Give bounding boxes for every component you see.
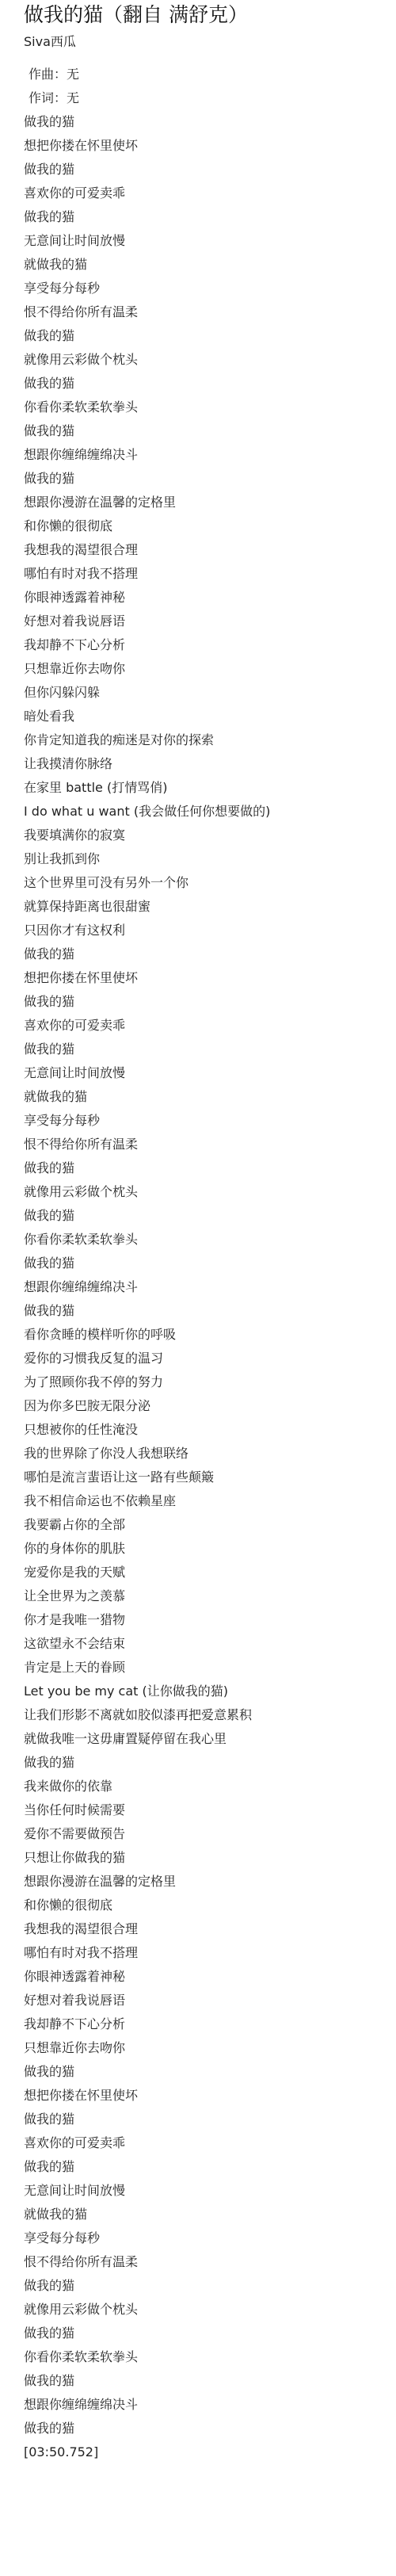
lyric-line: 做我的猫 bbox=[24, 1252, 396, 1275]
lyric-line: 做我的猫 bbox=[24, 1156, 396, 1180]
lyric-line: 这欲望永不会结束 bbox=[24, 1632, 396, 1656]
song-title: 做我的猫（翻自 满舒克） bbox=[24, 2, 396, 29]
lyric-line: 做我的猫 bbox=[24, 1038, 396, 1061]
lyric-line: 我要填满你的寂寞 bbox=[24, 824, 396, 847]
lyric-line: 你才是我唯一猎物 bbox=[24, 1608, 396, 1632]
lyric-line: 我要霸占你的全部 bbox=[24, 1513, 396, 1537]
lyric-line: 你眼神透露着神秘 bbox=[24, 586, 396, 610]
lyrics-page: 做我的猫（翻自 满舒克） Siva西瓜 作曲：无 作词：无做我的猫想把你搂在怀里… bbox=[0, 2, 396, 2464]
lyric-line: 做我的猫 bbox=[24, 419, 396, 443]
lyric-line: 就做我的猫 bbox=[24, 253, 396, 277]
lyric-line: 我不相信命运也不依赖星座 bbox=[24, 1489, 396, 1513]
lyric-line: 做我的猫 bbox=[24, 2417, 396, 2440]
lyric-line: 做我的猫 bbox=[24, 2060, 396, 2084]
lyric-line: 只想靠近你去吻你 bbox=[24, 2036, 396, 2060]
lyric-line: 我来做你的依靠 bbox=[24, 1775, 396, 1798]
lyric-line: 就做我唯一这毋庸置疑停留在我心里 bbox=[24, 1727, 396, 1751]
lyricist-credit: 作词：无 bbox=[24, 86, 396, 110]
lyric-line: 当你任何时候需要 bbox=[24, 1798, 396, 1822]
lyric-line: 想跟你漫游在温馨的定格里 bbox=[24, 491, 396, 514]
timestamp: [03:50.752] bbox=[24, 2440, 396, 2464]
lyric-line: 做我的猫 bbox=[24, 942, 396, 966]
lyric-line: 暗处看我 bbox=[24, 705, 396, 728]
lyric-line: 做我的猫 bbox=[24, 205, 396, 229]
lyric-line: 你看你柔软柔软拳头 bbox=[24, 1228, 396, 1252]
lyric-line: 做我的猫 bbox=[24, 324, 396, 348]
lyric-line: 就做我的猫 bbox=[24, 1085, 396, 1109]
lyric-line: 和你懒的很彻底 bbox=[24, 514, 396, 538]
lyric-line: 宠爱你是我的天赋 bbox=[24, 1561, 396, 1584]
lyric-line: 想跟你缠绵缠绵决斗 bbox=[24, 1275, 396, 1299]
lyric-line: 只想让你做我的猫 bbox=[24, 1846, 396, 1870]
lyric-line: 就算保持距离也很甜蜜 bbox=[24, 895, 396, 919]
lyric-line: 做我的猫 bbox=[24, 1751, 396, 1775]
lyric-line: 好想对着我说唇语 bbox=[24, 1989, 396, 2012]
lyric-line: 我却静不下心分析 bbox=[24, 633, 396, 657]
lyric-line: 让全世界为之羡慕 bbox=[24, 1584, 396, 1608]
lyric-line: 就做我的猫 bbox=[24, 2203, 396, 2226]
lyric-line: 让我摸清你脉络 bbox=[24, 752, 396, 776]
lyric-line: Let you be my cat (让你做我的猫) bbox=[24, 1680, 396, 1703]
lyric-line: 无意间让时间放慢 bbox=[24, 1061, 396, 1085]
lyric-line: 享受每分每秒 bbox=[24, 1109, 396, 1133]
lyric-line: 爱你的习惯我反复的温习 bbox=[24, 1347, 396, 1370]
lyric-line: 无意间让时间放慢 bbox=[24, 229, 396, 253]
lyric-line: 但你闪躲闪躲 bbox=[24, 681, 396, 705]
lyric-line: 做我的猫 bbox=[24, 1299, 396, 1323]
lyric-line: 做我的猫 bbox=[24, 2108, 396, 2131]
lyric-line: 想跟你漫游在温馨的定格里 bbox=[24, 1870, 396, 1894]
lyric-line: 让我们形影不离就如胶似漆再把爱意累积 bbox=[24, 1703, 396, 1727]
lyric-line: 我的世界除了你没人我想联络 bbox=[24, 1442, 396, 1466]
lyric-line: 就像用云彩做个枕头 bbox=[24, 1180, 396, 1204]
lyric-line: 看你贪睡的模样听你的呼吸 bbox=[24, 1323, 396, 1347]
lyric-line: 肯定是上天的眷顾 bbox=[24, 1656, 396, 1680]
lyric-line: 做我的猫 bbox=[24, 2155, 396, 2179]
lyric-line: 你肯定知道我的痴迷是对你的探索 bbox=[24, 728, 396, 752]
lyric-line: 只想被你的任性淹没 bbox=[24, 1418, 396, 1442]
lyric-line: 这个世界里可没有另外一个你 bbox=[24, 871, 396, 895]
lyric-line: 在家里 battle (打情骂俏) bbox=[24, 776, 396, 800]
lyric-line: 我想我的渴望很合理 bbox=[24, 1917, 396, 1941]
lyric-line: 喜欢你的可爱卖乖 bbox=[24, 2131, 396, 2155]
lyric-line: 想把你搂在怀里使坏 bbox=[24, 2084, 396, 2108]
lyric-line: 我想我的渴望很合理 bbox=[24, 538, 396, 562]
lyric-line: 就像用云彩做个枕头 bbox=[24, 348, 396, 372]
lyric-line: I do what u want (我会做任何你想要做的) bbox=[24, 800, 396, 824]
lyric-line: 哪怕是流言蜚语让这一路有些颠簸 bbox=[24, 1466, 396, 1489]
lyric-line: 享受每分每秒 bbox=[24, 2226, 396, 2250]
lyric-line: 哪怕有时对我不搭理 bbox=[24, 1941, 396, 1965]
lyric-line: 只想靠近你去吻你 bbox=[24, 657, 396, 681]
lyric-line: 你的身体你的肌肤 bbox=[24, 1537, 396, 1561]
lyric-line: 做我的猫 bbox=[24, 110, 396, 134]
lyric-line: 想把你搂在怀里使坏 bbox=[24, 134, 396, 158]
lyric-line: 做我的猫 bbox=[24, 2274, 396, 2298]
lyric-line: 享受每分每秒 bbox=[24, 277, 396, 300]
lyric-line: 恨不得给你所有温柔 bbox=[24, 1133, 396, 1156]
lyric-line: 你看你柔软柔软拳头 bbox=[24, 2345, 396, 2369]
composer-credit: 作曲：无 bbox=[24, 63, 396, 86]
lyric-line: 想跟你缠绵缠绵决斗 bbox=[24, 2393, 396, 2417]
lyric-line: 哪怕有时对我不搭理 bbox=[24, 562, 396, 586]
lyric-line: 喜欢你的可爱卖乖 bbox=[24, 1014, 396, 1038]
lyric-line: 我却静不下心分析 bbox=[24, 2012, 396, 2036]
lyric-line: 恨不得给你所有温柔 bbox=[24, 300, 396, 324]
lyrics-block: 作曲：无 作词：无做我的猫想把你搂在怀里使坏做我的猫喜欢你的可爱卖乖做我的猫无意… bbox=[24, 63, 396, 2464]
lyric-line: 做我的猫 bbox=[24, 467, 396, 491]
lyric-line: 做我的猫 bbox=[24, 372, 396, 396]
lyric-line: 好想对着我说唇语 bbox=[24, 610, 396, 633]
lyric-line: 爱你不需要做预告 bbox=[24, 1822, 396, 1846]
lyric-line: 做我的猫 bbox=[24, 990, 396, 1014]
lyric-line: 做我的猫 bbox=[24, 2322, 396, 2345]
lyric-line: 只因你才有这权利 bbox=[24, 919, 396, 942]
lyric-line: 做我的猫 bbox=[24, 2369, 396, 2393]
artist-name: Siva西瓜 bbox=[24, 33, 396, 51]
lyric-line: 无意间让时间放慢 bbox=[24, 2179, 396, 2203]
lyric-line: 做我的猫 bbox=[24, 1204, 396, 1228]
lyric-line: 做我的猫 bbox=[24, 158, 396, 182]
lyric-line: 你看你柔软柔软拳头 bbox=[24, 396, 396, 419]
lyric-line: 因为你多巴胺无限分泌 bbox=[24, 1394, 396, 1418]
lyric-line: 恨不得给你所有温柔 bbox=[24, 2250, 396, 2274]
lyric-line: 想跟你缠绵缠绵决斗 bbox=[24, 443, 396, 467]
lyric-line: 你眼神透露着神秘 bbox=[24, 1965, 396, 1989]
lyric-line: 和你懒的很彻底 bbox=[24, 1894, 396, 1917]
lyric-line: 喜欢你的可爱卖乖 bbox=[24, 182, 396, 205]
lyric-line: 别让我抓到你 bbox=[24, 847, 396, 871]
lyric-line: 想把你搂在怀里使坏 bbox=[24, 966, 396, 990]
lyric-line: 为了照顾你我不停的努力 bbox=[24, 1370, 396, 1394]
lyric-line: 就像用云彩做个枕头 bbox=[24, 2298, 396, 2322]
